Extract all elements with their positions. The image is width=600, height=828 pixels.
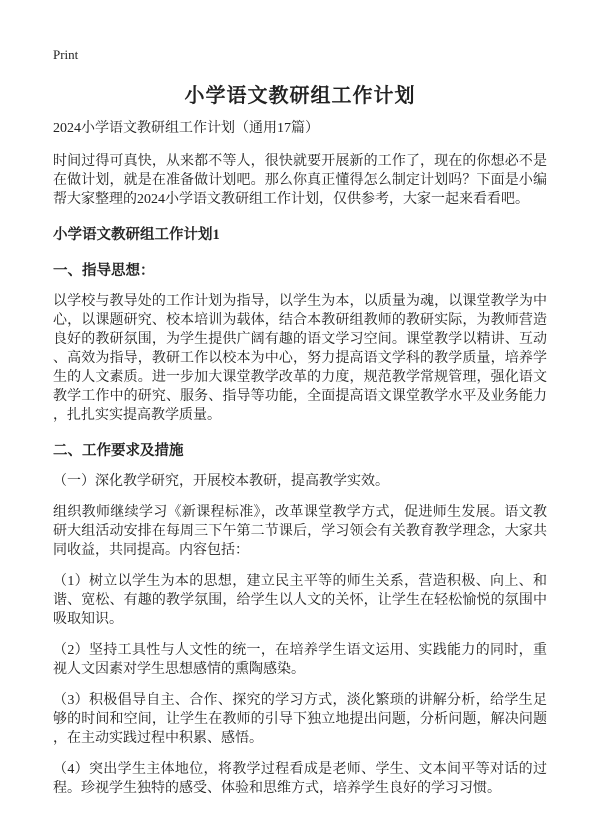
intro-paragraph: 时间过得可真快，从来都不等人，很快就要开展新的工作了，现在的你想必不是在做计划，… <box>53 152 547 209</box>
section1-heading: 一、指导思想： <box>53 261 547 281</box>
plan1-heading: 小学语文教研组工作计划1 <box>53 225 547 245</box>
document-page: Print 小学语文教研组工作计划 2024小学语文教研组工作计划（通用17篇）… <box>0 0 600 828</box>
section2-intro-paragraph: 组织教师继续学习《新课程标准》，改革课堂教学方式，促进师生发展。语文教研大组活动… <box>53 503 547 560</box>
print-button[interactable]: Print <box>53 47 78 63</box>
section2-item1: （一）深化教学研究，开展校本教研，提高教学实效。 <box>53 472 547 491</box>
point-paragraph-1: （1）树立以学生为本的思想，建立民主平等的师生关系，营造积极、向上、和谐、宽松、… <box>53 572 547 629</box>
section2-heading: 二、工作要求及措施 <box>53 441 547 461</box>
point-paragraph-2: （2）坚持工具性与人文性的统一，在培养学生语文运用、实践能力的同时，重视人文因素… <box>53 641 547 679</box>
page-subtitle: 2024小学语文教研组工作计划（通用17篇） <box>53 119 547 138</box>
point-paragraph-4: （4）突出学生主体地位，将教学过程看成是老师、学生、文本间平等对话的过程。珍视学… <box>53 760 547 798</box>
page-title: 小学语文教研组工作计划 <box>53 83 547 109</box>
point-paragraph-3: （3）积极倡导自主、合作、探究的学习方式，淡化繁琐的讲解分析，给学生足够的时间和… <box>53 691 547 748</box>
section1-paragraph: 以学校与教导处的工作计划为指导，以学生为本，以质量为魂，以课堂教学为中心，以课题… <box>53 292 547 425</box>
